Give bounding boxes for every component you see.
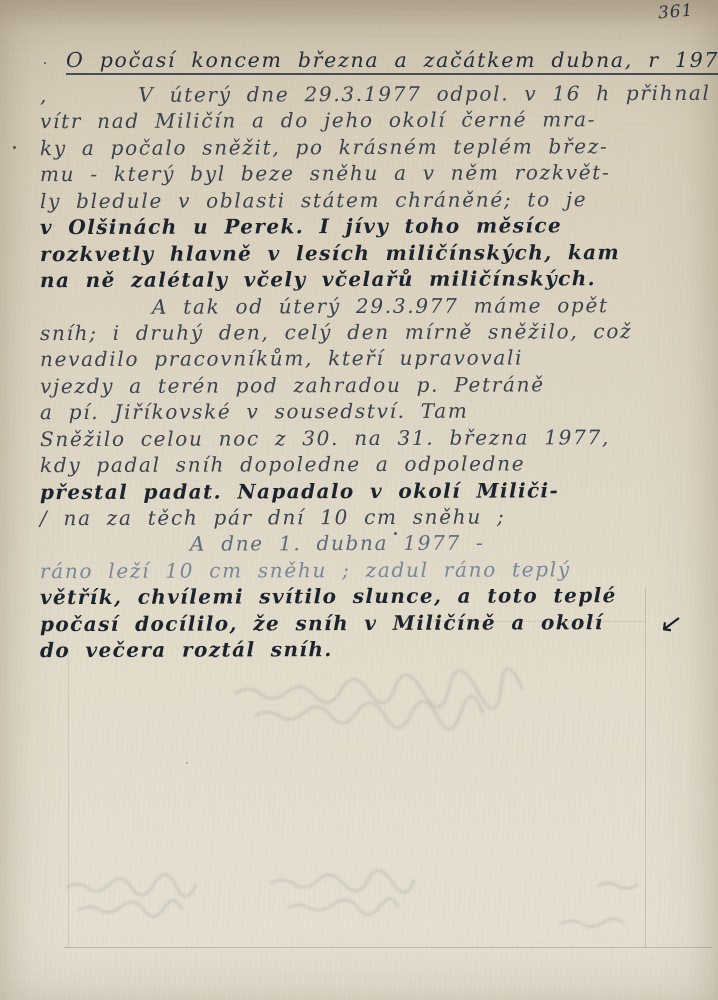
- pencil-frame-top: [430, 621, 645, 622]
- manuscript-line: rozkvetly hlavně v lesích miličínských, …: [40, 239, 700, 268]
- manuscript-line: kdy padal sníh dopoledne a odpoledne: [40, 451, 700, 480]
- ink-speck: [394, 532, 397, 535]
- pencil-frame-right: [645, 588, 646, 948]
- entry-title: O počasí koncem března a začátkem dubna,…: [66, 48, 718, 75]
- manuscript-text: O počasí koncem března a začátkem dubna,…: [40, 48, 700, 664]
- chronicle-page-photo: 361 O počasí koncem března a začátkem du…: [0, 0, 718, 1000]
- ink-speck: [186, 762, 188, 764]
- pencil-frame-left: [68, 648, 69, 948]
- manuscript-line: na ně zalétaly včely včelařů miličínskýc…: [40, 266, 700, 295]
- ink-speck: [13, 146, 16, 149]
- pencil-frame-bottom: [64, 947, 712, 948]
- manuscript-line: A tak od úterý 29.3.977 máme opět: [40, 292, 700, 321]
- manuscript-line: do večera roztál sníh.: [40, 636, 700, 665]
- manuscript-line: ly bledule v oblasti státem chráněné; to…: [40, 187, 700, 216]
- manuscript-line: vítr nad Miličín a do jeho okolí černé m…: [40, 107, 700, 136]
- manuscript-line: v Olšinách u Perek. I jívy toho měsíce: [40, 213, 700, 242]
- manuscript-line: ráno leží 10 cm sněhu ; zadul ráno teplý: [40, 557, 700, 586]
- ink-speck: [44, 62, 46, 64]
- manuscript-body: , V úterý dne 29.3.1977 odpol. v 16 h př…: [40, 82, 700, 664]
- arrow-mark-icon: ↙: [658, 607, 685, 641]
- manuscript-line: nevadilo pracovníkům, kteří upravovali: [40, 345, 700, 374]
- manuscript-line: a pí. Jiříkovské v sousedství. Tam: [40, 398, 700, 427]
- manuscript-line: přestal padat. Napadalo v okolí Miliči-: [40, 477, 700, 506]
- manuscript-line: mu - který byl beze sněhu a v něm rozkvě…: [40, 160, 700, 189]
- manuscript-line: Sněžilo celou noc z 30. na 31. března 19…: [40, 425, 700, 454]
- manuscript-line: A dne 1. dubna 1977 -: [40, 530, 700, 559]
- manuscript-line: větřík, chvílemi svítilo slunce, a toto …: [40, 583, 700, 612]
- manuscript-line: sníh; i druhý den, celý den mírně sněžil…: [40, 319, 700, 348]
- manuscript-line: počasí docílilo, že sníh v Miličíně a ok…: [40, 610, 700, 639]
- page-number: 361: [657, 0, 694, 23]
- manuscript-line: / na za těch pár dní 10 cm sněhu ;: [40, 504, 700, 533]
- manuscript-line: , V úterý dne 29.3.1977 odpol. v 16 h př…: [40, 81, 700, 110]
- manuscript-line: vjezdy a terén pod zahradou p. Petráně: [40, 372, 700, 401]
- manuscript-line: ky a počalo sněžit, po krásném teplém bř…: [40, 134, 700, 163]
